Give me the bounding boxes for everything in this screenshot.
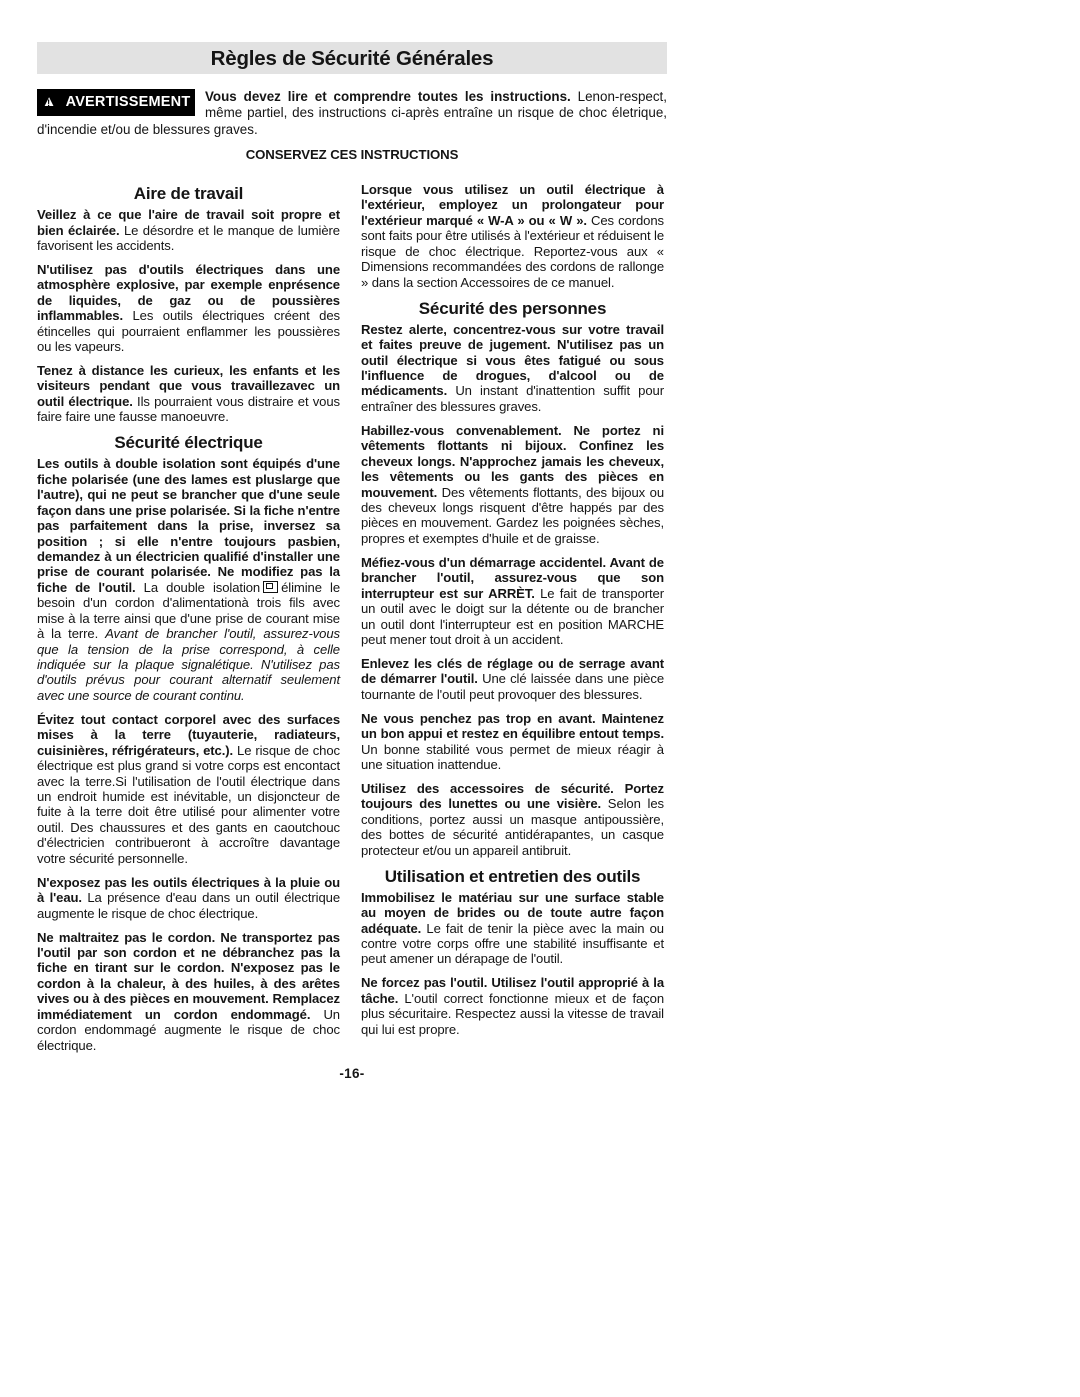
text-run: L'outil correct fonctionne mieux et de f…: [361, 991, 664, 1037]
text-run: Ne maltraitez pas le cordon. Ne transpor…: [37, 930, 340, 1022]
text-run: La présence d'eau dans un outil électriq…: [37, 890, 340, 920]
text-run: Le risque de choc électrique est plus gr…: [37, 743, 340, 866]
double-insulation-icon: [263, 581, 278, 593]
save-instructions-line: CONSERVEZ CES INSTRUCTIONS: [37, 147, 667, 162]
text-run: Un bonne stabilité vous permet de mieux …: [361, 742, 664, 772]
section-heading: Sécurité des personnes: [361, 299, 664, 319]
document-page: Règles de Sécurité Générales ▲! AVERTISS…: [37, 42, 667, 1081]
paragraph: Méfiez-vous d'un démarrage accidentel. A…: [361, 555, 664, 648]
paragraph: Habillez-vous convenablement. Ne portez …: [361, 423, 664, 547]
paragraph: Évitez tout contact corporel avec des su…: [37, 712, 340, 866]
right-column: Lorsque vous utilisez un outil électriqu…: [361, 182, 664, 1061]
warning-label: AVERTISSEMENT: [66, 94, 191, 112]
text-run: La double isolation: [136, 580, 261, 595]
warning-banner: ▲! AVERTISSEMENT Vous devez lire et comp…: [37, 89, 667, 138]
section-heading: Utilisation et entretien des outils: [361, 867, 664, 887]
paragraph: Immobilisez le matériau sur une surface …: [361, 890, 664, 967]
paragraph: Enlevez les clés de réglage ou de serrag…: [361, 656, 664, 702]
paragraph: Veillez à ce que l'aire de travail soit …: [37, 207, 340, 253]
paragraph: N'exposez pas les outils électriques à l…: [37, 875, 340, 921]
warning-triangle-icon: ▲!: [42, 95, 59, 111]
paragraph: Ne maltraitez pas le cordon. Ne transpor…: [37, 930, 340, 1054]
paragraph: Tenez à distance les curieux, les enfant…: [37, 363, 340, 425]
paragraph: Lorsque vous utilisez un outil électriqu…: [361, 182, 664, 290]
title-bar: Règles de Sécurité Générales: [37, 42, 667, 74]
text-run: Les outils à double isolation sont équip…: [37, 456, 340, 595]
page-title: Règles de Sécurité Générales: [211, 47, 494, 70]
paragraph: N'utilisez pas d'outils électriques dans…: [37, 262, 340, 355]
warning-lead-bold: Vous devez lire et comprendre toutes les…: [205, 89, 571, 104]
two-column-body: Aire de travailVeillez à ce que l'aire d…: [37, 182, 667, 1061]
paragraph: Ne vous penchez pas trop en avant. Maint…: [361, 711, 664, 773]
section-heading: Sécurité électrique: [37, 433, 340, 453]
paragraph: Les outils à double isolation sont équip…: [37, 456, 340, 703]
page-number: -16-: [37, 1066, 667, 1081]
paragraph: Restez alerte, concentrez-vous sur votre…: [361, 322, 664, 415]
paragraph: Utilisez des accessoires de sécurité. Po…: [361, 781, 664, 858]
left-column: Aire de travailVeillez à ce que l'aire d…: [37, 182, 340, 1061]
text-run: Ne vous penchez pas trop en avant. Maint…: [361, 711, 664, 741]
warning-label-box: ▲! AVERTISSEMENT: [37, 89, 195, 116]
paragraph: Ne forcez pas l'outil. Utilisez l'outil …: [361, 975, 664, 1037]
section-heading: Aire de travail: [37, 184, 340, 204]
